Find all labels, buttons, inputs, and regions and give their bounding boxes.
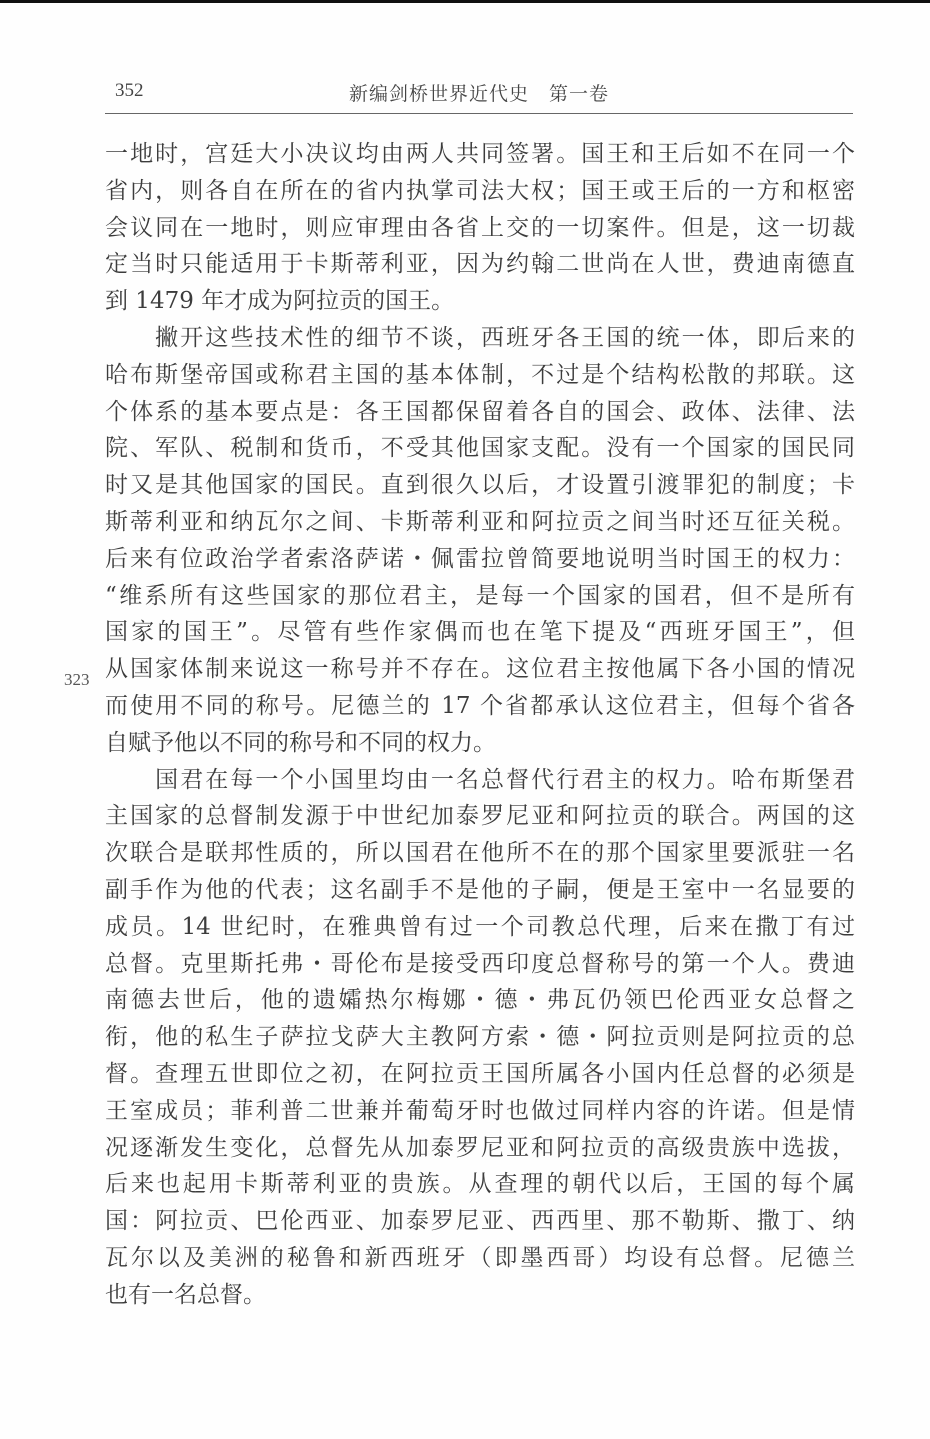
header-rule	[105, 113, 853, 114]
text-line: 到 1479 年才成为阿拉贡的国王。	[105, 283, 855, 320]
text-line: 会议同在一地时，则应审理由各省上交的一切案件。但是，这一切裁	[105, 210, 855, 247]
text-line: 后来有位政治学者索洛萨诺・佩雷拉曾简要地说明当时国王的权力：	[105, 541, 855, 578]
text-line: 撇开这些技术性的细节不谈，西班牙各王国的统一体，即后来的	[105, 320, 855, 357]
text-line: 后来也起用卡斯蒂利亚的贵族。从查理的朝代以后，王国的每个属	[105, 1166, 855, 1203]
text-line: 副手作为他的代表；这名副手不是他的子嗣，便是王室中一名显要的	[105, 872, 855, 909]
text-line: 南德去世后，他的遗孀热尔梅娜・德・弗瓦仍领巴伦西亚女总督之	[105, 982, 855, 1019]
text-line: 一地时，宫廷大小决议均由两人共同签署。国王和王后如不在同一个	[105, 136, 855, 173]
text-line: 个体系的基本要点是：各王国都保留着各自的国会、政体、法律、法	[105, 394, 855, 431]
body-text: 一地时，宫廷大小决议均由两人共同签署。国王和王后如不在同一个省内，则各自在所在的…	[105, 136, 855, 1314]
text-line: 国君在每一个小国里均由一名总督代行君主的权力。哈布斯堡君	[105, 762, 855, 799]
text-line: 瓦尔以及美洲的秘鲁和新西班牙（即墨西哥）均设有总督。尼德兰	[105, 1240, 855, 1277]
text-line: 而使用不同的称号。尼德兰的 17 个省都承认这位君主，但每个省各	[105, 688, 855, 725]
text-line: 国：阿拉贡、巴伦西亚、加泰罗尼亚、西西里、那不勒斯、撒丁、纳	[105, 1203, 855, 1240]
text-line: 次联合是联邦性质的，所以国君在他所不在的那个国家里要派驻一名	[105, 835, 855, 872]
text-line: 也有一名总督。	[105, 1277, 855, 1314]
text-line: 王室成员；菲利普二世兼并葡萄牙时也做过同样内容的许诺。但是情	[105, 1093, 855, 1130]
text-line: 省内，则各自在所在的省内执掌司法大权；国王或王后的一方和枢密	[105, 173, 855, 210]
text-line: 总督。克里斯托弗・哥伦布是接受西印度总督称号的第一个人。费迪	[105, 946, 855, 983]
text-line: 成员。14 世纪时，在雅典曾有过一个司教总代理，后来在撒丁有过	[105, 909, 855, 946]
page-header: 352 新编剑桥世界近代史 第一卷	[105, 74, 853, 110]
text-line: 国家的国王”。尽管有些作家偶而也在笔下提及“西班牙国王”，但	[105, 614, 855, 651]
scan-top-border	[0, 0, 930, 3]
text-line: “维系所有这些国家的那位君主，是每一个国家的国君，但不是所有	[105, 578, 855, 615]
running-title: 新编剑桥世界近代史 第一卷	[105, 79, 853, 106]
text-line: 督。查理五世即位之初，在阿拉贡王国所属各小国内任总督的必须是	[105, 1056, 855, 1093]
text-line: 斯蒂利亚和纳瓦尔之间、卡斯蒂利亚和阿拉贡之间当时还互征关税。	[105, 504, 855, 541]
text-line: 时又是其他国家的国民。直到很久以后，才设置引渡罪犯的制度；卡	[105, 467, 855, 504]
text-line: 衔，他的私生子萨拉戈萨大主教阿方索・德・阿拉贡则是阿拉贡的总	[105, 1019, 855, 1056]
text-line: 自赋予他以不同的称号和不同的权力。	[105, 725, 855, 762]
text-line: 定当时只能适用于卡斯蒂利亚，因为约翰二世尚在人世，费迪南德直	[105, 246, 855, 283]
text-line: 哈布斯堡帝国或称君主国的基本体制，不过是个结构松散的邦联。这	[105, 357, 855, 394]
text-line: 主国家的总督制发源于中世纪加泰罗尼亚和阿拉贡的联合。两国的这	[105, 798, 855, 835]
text-line: 从国家体制来说这一称号并不存在。这位君主按他属下各小国的情况	[105, 651, 855, 688]
margin-page-reference: 323	[64, 670, 90, 690]
text-line: 院、军队、税制和货币，不受其他国家支配。没有一个国家的国民同	[105, 430, 855, 467]
text-line: 况逐渐发生变化，总督先从加泰罗尼亚和阿拉贡的高级贵族中选拔，	[105, 1130, 855, 1167]
